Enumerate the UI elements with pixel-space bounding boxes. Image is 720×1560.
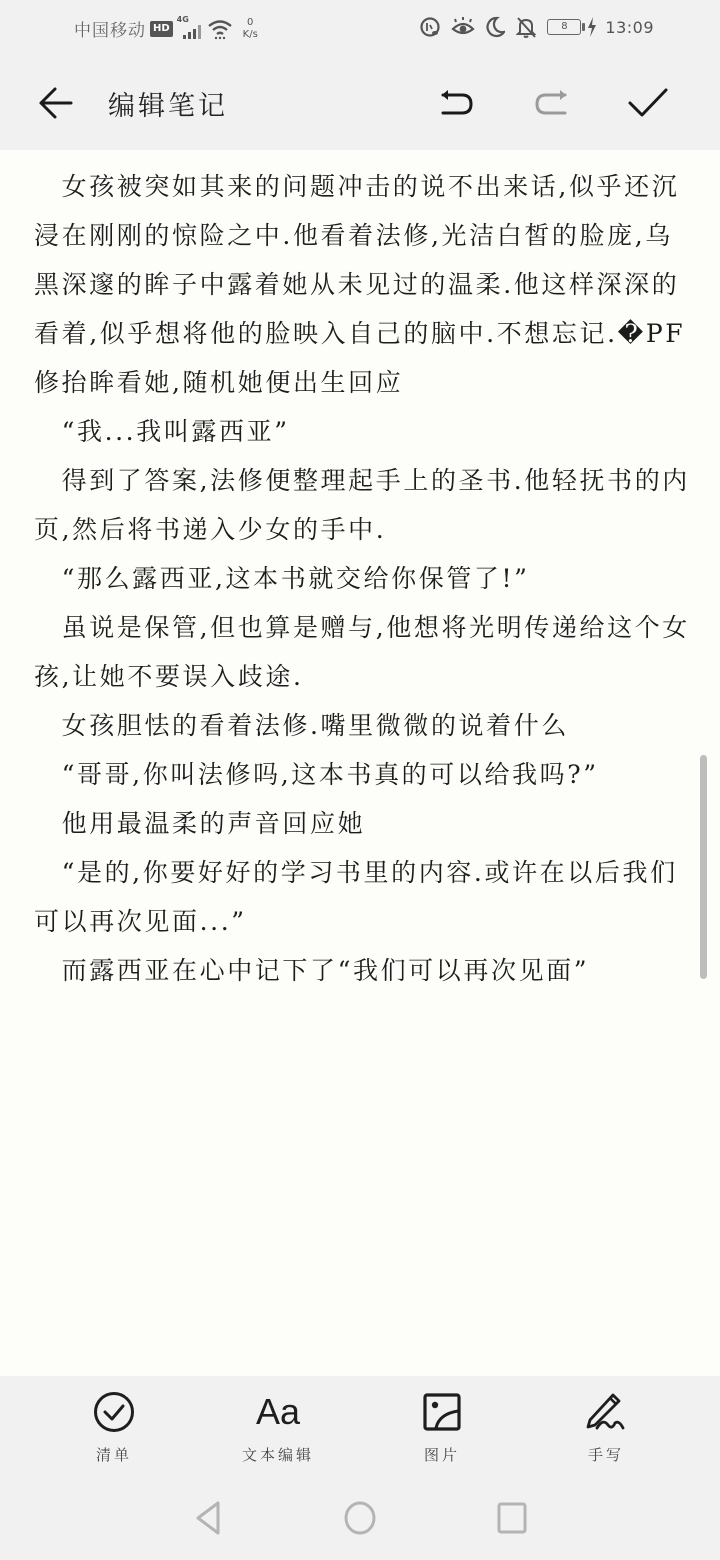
text-format-label: 文本编辑 bbox=[242, 1444, 314, 1465]
paragraph: “哥哥,你叫法修吗,这本书真的可以给我吗?” bbox=[34, 750, 694, 799]
redo-icon bbox=[532, 88, 572, 118]
status-bar: 中国移动 HD 4G 0 K/s bbox=[0, 0, 720, 58]
home-circle-icon bbox=[342, 1500, 378, 1536]
carrier-name: 中国移动 bbox=[74, 16, 146, 41]
page-title: 编辑笔记 bbox=[108, 84, 228, 123]
back-triangle-icon bbox=[190, 1500, 224, 1536]
recents-square-icon bbox=[495, 1500, 529, 1536]
eye-comfort-icon bbox=[451, 16, 475, 38]
app-bar: 编辑笔记 bbox=[0, 58, 720, 150]
arrow-left-icon bbox=[35, 83, 75, 123]
undo-button[interactable] bbox=[430, 80, 482, 126]
save-done-button[interactable] bbox=[622, 80, 674, 126]
data-saver-icon bbox=[419, 16, 441, 38]
handwriting-button[interactable]: 手写 bbox=[536, 1388, 676, 1474]
image-icon bbox=[422, 1392, 462, 1432]
checkmark-icon bbox=[626, 85, 670, 121]
paragraph: 虽说是保管,但也算是赠与,他想将光明传递给这个女孩,让她不要误入歧途. bbox=[34, 603, 694, 701]
paragraph: 他用最温柔的声音回应她 bbox=[34, 799, 694, 848]
status-left: 中国移动 HD 4G 0 K/s bbox=[74, 16, 258, 41]
nav-home-button[interactable] bbox=[335, 1498, 385, 1538]
scrollbar-thumb[interactable] bbox=[700, 755, 707, 979]
status-right: 8 13:09 bbox=[419, 16, 654, 38]
network-type: 4G bbox=[177, 15, 189, 24]
paragraph: 得到了答案,法修便整理起手上的圣书.他轻抚书的内页,然后将书递入少女的手中. bbox=[34, 456, 694, 554]
paragraph: 女孩胆怯的看着法修.嘴里微微的说着什么 bbox=[34, 701, 694, 750]
back-button[interactable] bbox=[30, 80, 80, 126]
undo-icon bbox=[436, 88, 476, 118]
handwriting-label: 手写 bbox=[588, 1444, 624, 1465]
paragraph: “是的,你要好好的学习书里的内容.或许在以后我们可以再次见面...” bbox=[34, 848, 694, 946]
text-format-icon: Aa bbox=[256, 1391, 300, 1433]
charging-bolt-icon bbox=[587, 17, 597, 37]
paragraph: 而露西亚在心中记下了“我们可以再次见面” bbox=[34, 946, 694, 995]
paragraph: “我...我叫露西亚” bbox=[34, 407, 694, 456]
network-speed: 0 K/s bbox=[243, 17, 258, 41]
nav-recents-button[interactable] bbox=[487, 1498, 537, 1538]
text-format-button[interactable]: Aa 文本编辑 bbox=[208, 1388, 348, 1474]
paragraph: “那么露西亚,这本书就交给你保管了!” bbox=[34, 554, 694, 603]
note-text-area[interactable]: 女孩被突如其来的问题冲击的说不出来话,似乎还沉浸在刚刚的惊险之中.他看着法修,光… bbox=[34, 162, 694, 995]
paragraph: 女孩被突如其来的问题冲击的说不出来话,似乎还沉浸在刚刚的惊险之中.他看着法修,光… bbox=[34, 162, 694, 407]
cellular-signal-icon: 4G bbox=[177, 17, 203, 41]
clock: 13:09 bbox=[605, 18, 654, 37]
checklist-button[interactable]: 清单 bbox=[44, 1388, 184, 1474]
bell-muted-icon bbox=[515, 16, 537, 38]
bottom-toolbar: 清单 Aa 文本编辑 图片 手写 bbox=[0, 1376, 720, 1482]
image-button[interactable]: 图片 bbox=[372, 1388, 512, 1474]
nav-back-button[interactable] bbox=[182, 1498, 232, 1538]
handwriting-pen-icon bbox=[583, 1392, 629, 1432]
battery-icon: 8 bbox=[547, 19, 581, 35]
note-editor[interactable]: 女孩被突如其来的问题冲击的说不出来话,似乎还沉浸在刚刚的惊险之中.他看着法修,光… bbox=[0, 150, 720, 1376]
system-nav-bar bbox=[0, 1482, 720, 1560]
do-not-disturb-moon-icon bbox=[485, 16, 505, 38]
wifi-icon bbox=[207, 18, 233, 40]
hd-voice-badge: HD bbox=[150, 21, 173, 37]
redo-button[interactable] bbox=[526, 80, 578, 126]
checklist-circle-check-icon bbox=[92, 1390, 136, 1434]
checklist-label: 清单 bbox=[96, 1444, 132, 1465]
image-label: 图片 bbox=[424, 1444, 460, 1465]
